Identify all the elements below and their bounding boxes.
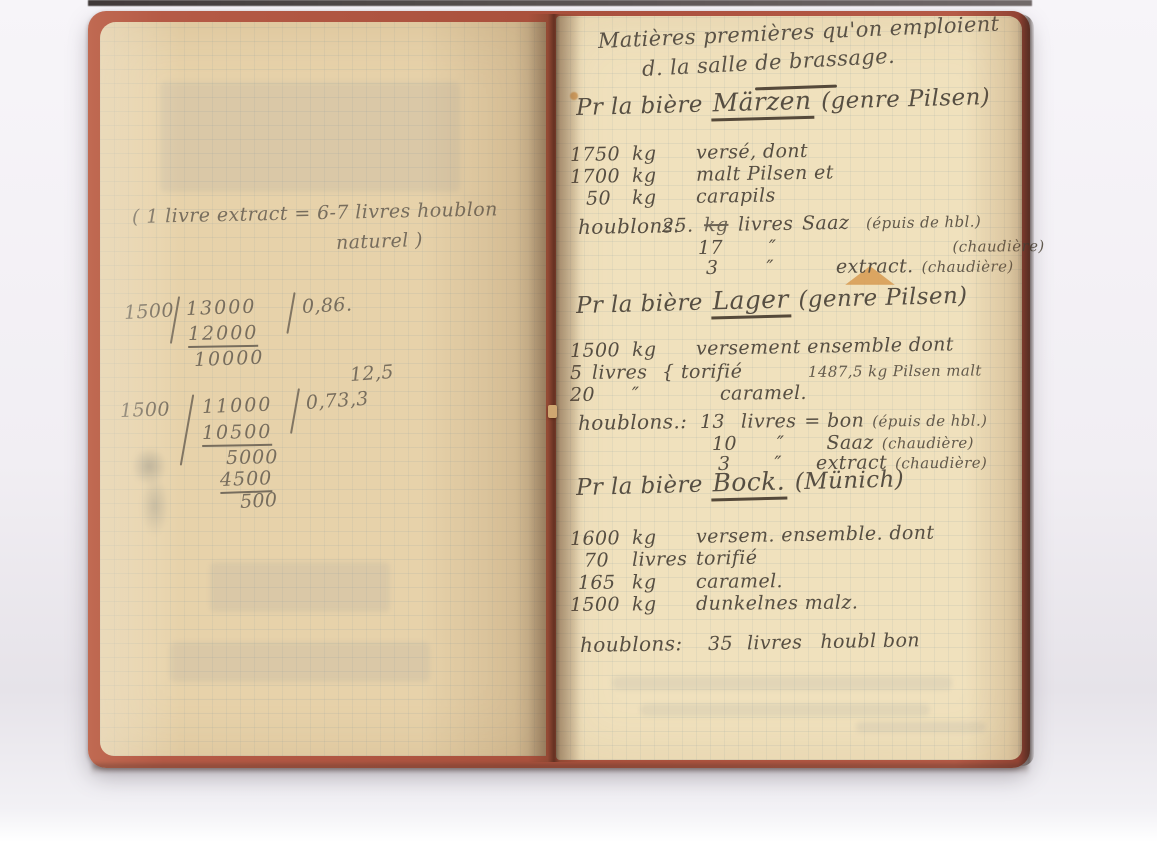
division2-step4: 500 xyxy=(239,489,278,513)
ingredient-row: 165 kg caramel. xyxy=(570,570,783,594)
ingredient-row: 1700 kg malt Pilsen et xyxy=(570,161,834,188)
ingredient-unit: kg xyxy=(632,526,696,549)
hops-variety: = bon xyxy=(804,410,864,433)
beer-name: Lager xyxy=(710,284,791,319)
section-heading-marzen: Pr la bière Märzen (genre Pilsen) xyxy=(576,85,991,119)
ingredient-amount: 1600 xyxy=(570,527,632,550)
division2-step2: 5000 xyxy=(226,446,279,469)
hops-note: (chaudière) xyxy=(921,255,1013,278)
ingredient-unit: kg xyxy=(632,593,696,616)
conversion-note-line2: naturel ) xyxy=(336,229,424,254)
ingredient-unit: kg xyxy=(632,186,696,209)
hops-note: (épuis de hbl.) xyxy=(866,210,982,234)
ingredient-row: 5 livres { torifié 1487,5 kg Pilsen malt xyxy=(570,358,982,385)
ingredient-desc: carapils xyxy=(696,184,776,207)
ingredient-desc: dunkelnes malz. xyxy=(696,591,858,614)
right-page: Matières premières qu'on emploient d. la… xyxy=(556,16,1022,760)
division2-bar-left xyxy=(180,394,194,465)
hops-unit: livres xyxy=(741,410,797,432)
ingredient-amount: 165 xyxy=(570,571,632,594)
ingredient-unit: ″ xyxy=(632,383,696,406)
hops-unit: ″ xyxy=(769,236,777,258)
hops-qty: 10 xyxy=(712,433,737,455)
hops-variety: extract. xyxy=(836,255,914,278)
ingredient-amount: 50 xyxy=(570,187,632,210)
hops-variety: Saaz xyxy=(802,211,866,234)
pencil-smudge-stain xyxy=(124,446,180,538)
hops-row: 35 livres houbl bon xyxy=(708,629,920,655)
heading-post: (genre Pilsen) xyxy=(798,283,968,313)
beer-name: Bock. xyxy=(710,466,787,501)
ingredient-row: 50 kg carapils xyxy=(570,184,776,210)
page-title-line2: d. la salle de brassage. xyxy=(641,45,895,80)
bleed-through-mark xyxy=(612,676,952,690)
notebook-drop-shadow xyxy=(92,764,1028,774)
heading-pre: Pr la bière xyxy=(576,472,703,501)
division1-step2: 10000 xyxy=(194,347,265,371)
ingredient-unit: livres xyxy=(632,548,696,571)
hops-note: (chaudière) xyxy=(895,452,987,475)
ingredient-row: 1500 kg versement ensemble dont xyxy=(570,333,954,362)
hops-qty: 35 xyxy=(708,633,733,655)
hops-qty: 3 xyxy=(706,257,719,279)
ingredient-amount: 1500 xyxy=(570,339,632,362)
hops-unit: ″ xyxy=(777,432,785,454)
ingredient-row: 1600 kg versem. ensemble. dont xyxy=(570,522,935,550)
ingredient-unit: kg xyxy=(632,571,696,594)
ingredient-unit: kg xyxy=(632,164,696,187)
hops-struck-unit: kg xyxy=(704,214,738,237)
hops-variety: houbl bon xyxy=(820,629,920,653)
ingredient-extra: 1487,5 kg Pilsen malt xyxy=(808,359,982,383)
bleed-through-mark xyxy=(640,704,930,716)
division1-quotient: 0,86. xyxy=(301,293,352,318)
hops-row: 25. kg livres Saaz (épuis de hbl.) xyxy=(662,209,982,238)
ingredient-amount: 5 xyxy=(570,362,592,384)
bleed-through-mark xyxy=(210,562,390,612)
heading-pre: Pr la bière xyxy=(576,290,703,319)
beer-name: Märzen xyxy=(710,86,814,122)
ingredient-desc: caramel. xyxy=(696,570,783,593)
ingredient-amount: 1700 xyxy=(570,165,632,188)
page-edge-shadow xyxy=(1018,14,1034,766)
left-page: ( 1 livre extract = 6-7 livres houblon n… xyxy=(100,22,546,756)
hops-qty: 25. xyxy=(662,214,704,237)
ingredient-amount: 1750 xyxy=(570,143,632,166)
ingredient-unit: livres xyxy=(592,361,662,384)
notebook-scan: ( 1 livre extract = 6-7 livres houblon n… xyxy=(0,0,1157,842)
division2-divisor: 1500 xyxy=(120,398,171,422)
division1-bar-right xyxy=(286,292,295,334)
bleed-through-mark xyxy=(856,722,986,732)
ingredient-amount: 20 xyxy=(570,383,632,406)
ingredient-desc: versé, dont xyxy=(696,140,808,164)
heading-pre: Pr la bière xyxy=(576,92,703,121)
section-heading-bock: Pr la bière Bock. (Münich) xyxy=(576,467,905,499)
binding-stitch xyxy=(548,405,557,418)
hops-unit: livres xyxy=(747,631,803,654)
division1-divisor: 1500 xyxy=(123,299,174,324)
ingredient-row: 70 livres torifié xyxy=(570,547,758,572)
division2-quotient: 0,73,3 xyxy=(305,388,369,414)
hops-qty: 13 xyxy=(700,411,725,433)
ingredient-desc: malt Pilsen et xyxy=(696,161,834,185)
division1-step1: 12000 xyxy=(188,322,259,348)
side-number: 12,5 xyxy=(349,361,394,386)
ingredient-amount: 70 xyxy=(570,549,632,572)
conversion-note-line1: ( 1 livre extract = 6-7 livres houblon xyxy=(132,198,498,228)
ingredient-unit: kg xyxy=(632,142,696,165)
hops-row: 3 ″ extract. (chaudière) xyxy=(706,254,1014,280)
bleed-through-mark xyxy=(170,642,430,682)
hops-unit: ″ xyxy=(766,256,774,278)
ingredient-row: 20 ″ caramel. xyxy=(570,382,807,406)
heading-post: (genre Pilsen) xyxy=(821,84,991,114)
hops-label: houblons.: xyxy=(578,410,688,434)
heading-post: (Münich) xyxy=(794,466,904,495)
division1-dividend: 13000 xyxy=(186,296,257,320)
ingredient-desc: versement ensemble dont xyxy=(696,333,954,359)
hops-qty: 17 xyxy=(698,237,723,259)
hops-note: (épuis de hbl.) xyxy=(872,409,987,432)
bleed-through-mark xyxy=(160,82,460,192)
division2-bar-right xyxy=(290,388,300,434)
division2-dividend: 11000 xyxy=(202,394,273,418)
hops-unit: livres xyxy=(738,213,802,236)
section-heading-lager: Pr la bière Lager (genre Pilsen) xyxy=(576,284,968,317)
hops-variety: Saaz xyxy=(826,432,873,454)
page-title-line1: Matières premières qu'on emploient xyxy=(598,12,1000,52)
ingredient-desc: versem. ensemble. dont xyxy=(696,522,935,548)
ingredient-row: 1500 kg dunkelnes malz. xyxy=(570,591,858,616)
ingredient-desc: { torifié xyxy=(662,360,772,383)
ingredient-amount: 1500 xyxy=(570,593,632,616)
ingredient-desc: torifié xyxy=(696,547,758,570)
hops-label: houblons: xyxy=(580,632,683,656)
division2-step1: 10500 xyxy=(202,421,273,447)
ingredient-desc: caramel. xyxy=(720,382,807,405)
scanner-edge-shadow xyxy=(88,0,1032,6)
ingredient-unit: kg xyxy=(632,338,696,361)
